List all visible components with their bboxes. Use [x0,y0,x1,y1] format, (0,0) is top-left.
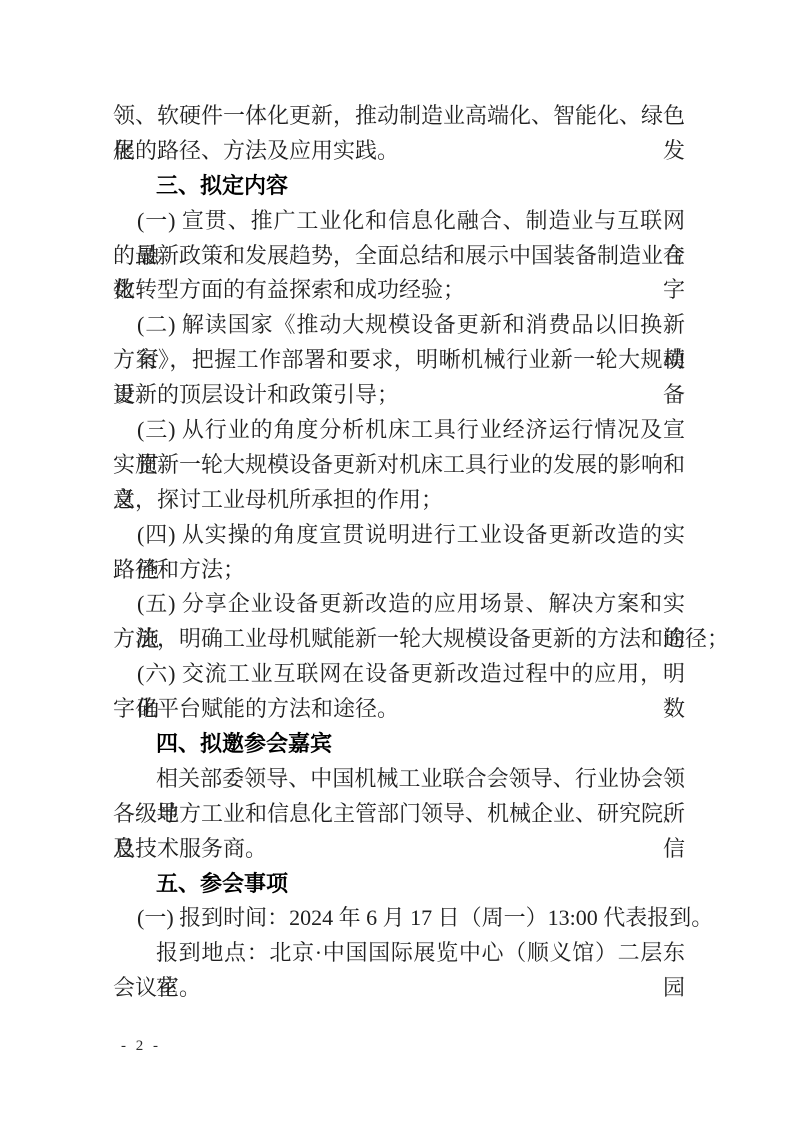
text-line: 的最新政策和发展趋势，全面总结和展示中国装备制造业在数字 [113,239,685,274]
document-body: 领、软硬件一体化更新，推动制造业高端化、智能化、绿色化发展的路径、方法及应用实践… [113,99,685,1006]
text-line: 方案》，把握工作部署和要求，明晰机械行业新一轮大规模设备 [113,343,685,378]
page-number: - 2 - [121,1038,161,1055]
text-line: (六) 交流工业互联网在设备更新改造过程中的应用，明确数 [113,657,685,692]
text-line: 实施新一轮大规模设备更新对机床工具行业的发展的影响和意 [113,448,685,483]
text-line: 报到地点：北京·中国国际展览中心（顺义馆）二层东花园 [113,936,685,971]
text-line: 各级地方工业和信息化主管部门领导、机械企业、研究院所及信 [113,797,685,832]
text-line: 领、软硬件一体化更新，推动制造业高端化、智能化、绿色化发 [113,99,685,134]
text-line: 义，探讨工业母机所承担的作用； [113,483,685,518]
text-line: 方法，明确工业母机赋能新一轮大规模设备更新的方法和途径； [113,622,685,657]
text-line: 路径和方法； [113,553,685,588]
section-heading: 三、拟定内容 [113,169,685,204]
section-heading: 五、参会事项 [113,867,685,902]
text-line: 相关部委领导、中国机械工业联合会领导、行业协会领导、 [113,762,685,797]
text-line: (四) 从实操的角度宣贯说明进行工业设备更新改造的实施 [113,518,685,553]
document-page: 领、软硬件一体化更新，推动制造业高端化、智能化、绿色化发展的路径、方法及应用实践… [0,0,800,1131]
section-heading: 四、拟邀参会嘉宾 [113,727,685,762]
text-line: (二) 解读国家《推动大规模设备更新和消费品以旧换新行动 [113,308,685,343]
text-line: (一) 宣贯、推广工业化和信息化融合、制造业与互联网融合 [113,204,685,239]
text-line: (三) 从行业的角度分析机床工具行业经济运行情况及宣贯 [113,413,685,448]
text-line: (五) 分享企业设备更新改造的应用场景、解决方案和实施的 [113,587,685,622]
text-line: (一) 报到时间：2024 年 6 月 17 日（周一）13:00 代表报到。 [113,901,685,936]
